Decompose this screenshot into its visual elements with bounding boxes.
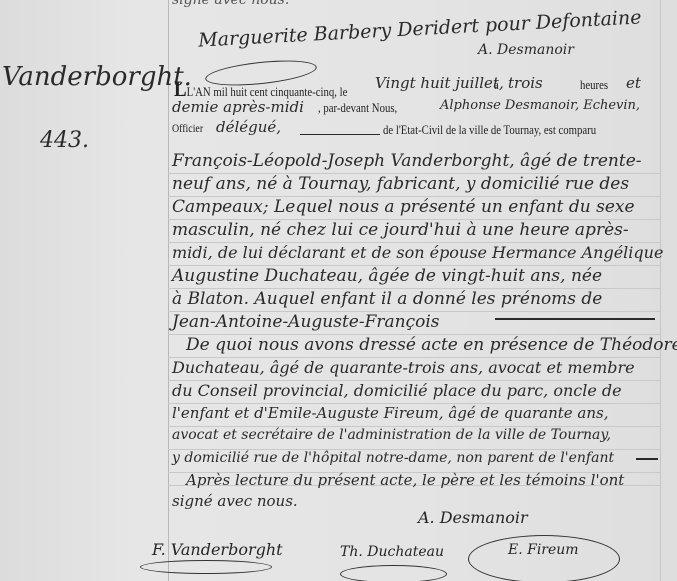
body-line: masculin, né chez lui ce jourd'hui à une…: [172, 220, 629, 240]
flourish: [340, 565, 447, 581]
blank-line: [495, 318, 655, 320]
flourish: [140, 560, 272, 574]
blank-line: [636, 458, 658, 460]
scanned-register-page: signé avec nous. Marguerite Barbery Deri…: [0, 0, 677, 581]
body-line: Campeaux; Lequel nous a présenté un enfa…: [172, 197, 635, 217]
printed-text: L'AN mil huit cent cinquante-: [187, 85, 316, 99]
body-line-child-names: Jean-Antoine-Auguste-François: [172, 312, 440, 332]
body-line: avocat et secrétaire de l'administration…: [172, 427, 611, 443]
hour-suffix: et: [626, 74, 641, 92]
right-margin-rule: [660, 0, 661, 581]
signature-father: F. Vanderborght: [152, 540, 283, 559]
body-line: neuf ans, né à Tournay, fabricant, y dom…: [172, 174, 629, 194]
officer-name-field: Alphonse Desmanoir, Echevin,: [440, 98, 640, 113]
act-number: 443.: [40, 128, 89, 153]
signature-witness-1: Th. Duchateau: [340, 544, 444, 560]
printed-a: à: [494, 78, 499, 93]
signature-witness-2: E. Fireum: [508, 542, 579, 558]
margin-surname: Vanderborght.: [2, 62, 192, 92]
signature-officer: A. Desmanoir: [418, 508, 528, 527]
printed-text: cinq, le: [316, 85, 348, 99]
printed-etat-civil: de l'Etat-Civil de la ville de Tournay, …: [383, 123, 596, 138]
body-line: à Blaton. Auquel enfant il a donné les p…: [172, 289, 602, 309]
body-line: Augustine Duchateau, âgée de vingt-huit …: [172, 266, 602, 286]
printed-heures: heures: [580, 78, 608, 93]
body-line: De quoi nous avons dressé acte en présen…: [186, 335, 677, 355]
printed-officier: Officier: [172, 123, 203, 135]
body-line: l'enfant et d'Emile-Auguste Fireum, âgé …: [172, 404, 608, 422]
hour-field: trois: [508, 74, 543, 92]
date-field: Vingt huit juillet,: [375, 74, 504, 92]
printed-par-devant: , par-devant Nous,: [318, 101, 397, 116]
body-line: François-Léopold-Joseph Vanderborght, âg…: [172, 151, 642, 171]
hour-continuation: demie après-midi: [172, 98, 304, 116]
body-line: y domicilié rue de l'hôpital notre-dame,…: [172, 450, 614, 466]
officer-role-field: délégué,: [216, 118, 281, 136]
body-line: du Conseil provincial, domicilié place d…: [172, 381, 622, 400]
marginal-note: Marguerite Barbery Deridert pour Defonta…: [198, 6, 642, 51]
body-line: signé avec nous.: [172, 492, 298, 510]
body-line: Après lecture du présent acte, le père e…: [186, 471, 624, 489]
previous-act-fragment: signé avec nous.: [172, 0, 289, 8]
blank-line: [300, 134, 380, 135]
body-line: Duchateau, âgé de quarante-trois ans, av…: [172, 358, 635, 377]
body-line: midi, de lui déclarant et de son épouse …: [172, 243, 663, 262]
marginal-note-signature: A. Desmanoir: [478, 42, 574, 58]
